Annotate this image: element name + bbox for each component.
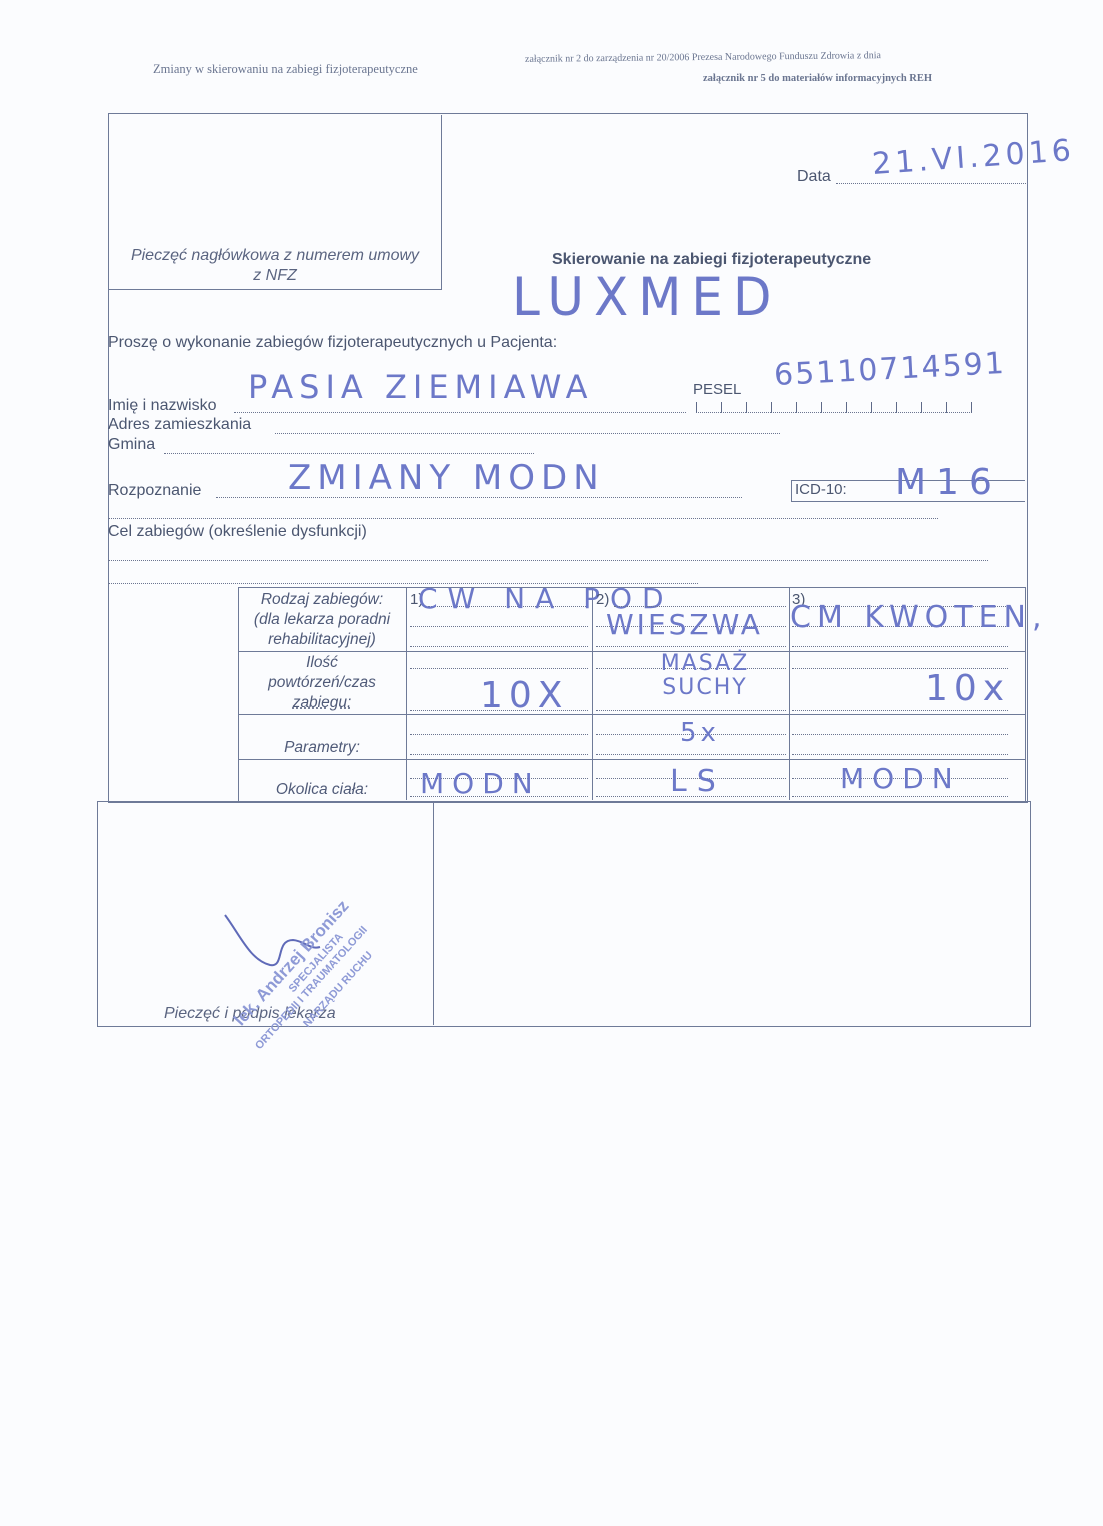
treatment-count-label-line: zabiegu: — [238, 693, 406, 713]
col3-count-field[interactable]: 10x — [925, 668, 1010, 709]
treatment-count-label-line: Ilość — [238, 653, 406, 673]
col2-type-field[interactable]: WIESZWA — [606, 608, 763, 641]
treatment-type-label-line: rehabilitacyjnej) — [238, 630, 406, 650]
col3-type-field[interactable]: CM KWOTEN, — [790, 600, 1048, 635]
treatment-area-label: Okolica ciała: — [238, 780, 406, 800]
address-field[interactable] — [275, 423, 780, 434]
icd-label: ICD-10: — [795, 481, 847, 498]
col2-count-field[interactable]: MASAŻ SUCHY — [640, 652, 770, 700]
col2-index: 2) — [596, 591, 609, 608]
col1-count-field[interactable]: 10X — [480, 675, 568, 716]
name-label: Imię i nazwisko — [108, 397, 216, 415]
col-divider-label — [406, 587, 407, 800]
diagnosis-dots-2 — [108, 510, 938, 519]
col1-params-dots — [410, 726, 588, 735]
gmina-field[interactable] — [164, 443, 534, 454]
icd-field[interactable]: M16 — [895, 462, 1002, 503]
col1-params-dots — [410, 746, 588, 755]
col1-area-field[interactable]: MODN — [420, 767, 541, 800]
signature-divider — [433, 801, 434, 1025]
treatment-params-label: Parametry: — [238, 738, 406, 758]
col3-type-dots — [792, 638, 1008, 647]
col2-area-field[interactable]: LS — [670, 764, 726, 799]
treatment-type-label-line: Rodzaj zabiegów: — [238, 590, 406, 610]
row-divider-2 — [238, 714, 1026, 715]
gmina-label: Gmina — [108, 436, 155, 454]
treatment-type-label: Rodzaj zabiegów: (dla lekarza poradni re… — [238, 590, 406, 650]
date-label: Data — [797, 168, 831, 186]
attachment-note: załącznik nr 2 do zarządzenia nr 20/2006… — [525, 50, 881, 65]
col2-count-dots — [596, 702, 786, 711]
col3-params-dots — [792, 746, 1008, 755]
diagnosis-label: Rozpoznanie — [108, 482, 201, 500]
col3-area-field[interactable]: MODN — [840, 762, 961, 795]
header-stamp-label: Pieczęć nagłówkowa z numerem umowy z NFZ — [130, 246, 420, 286]
facility-handwritten[interactable]: LUXMED — [512, 267, 781, 328]
patient-name-field[interactable]: PASIA ZIEMIAWA — [248, 368, 594, 406]
goal-field[interactable] — [108, 552, 988, 561]
request-text: Proszę o wykonanie zabiegów fizjoterapeu… — [108, 334, 568, 352]
attachment-note-reh: załącznik nr 5 do materiałów informacyjn… — [703, 73, 932, 84]
treatment-count-label-line: powtórzeń/czas — [238, 673, 406, 693]
col-divider-1 — [592, 587, 593, 800]
col1-type-dots — [410, 618, 588, 627]
address-label: Adres zamieszkania — [108, 416, 251, 434]
row-divider-1 — [238, 651, 1026, 652]
col2-params-field[interactable]: 5x — [680, 718, 720, 748]
pesel-label: PESEL — [693, 381, 741, 398]
treatment-count-label: Ilość powtórzeń/czas zabiegu: — [238, 653, 406, 713]
diagnosis-field[interactable]: ZMIANY MODN — [288, 458, 605, 498]
pesel-boxes — [696, 400, 972, 418]
goal-label: Cel zabiegów (określenie dysfunkcji) — [108, 523, 367, 541]
col1-type-dots — [410, 638, 588, 647]
row-divider-3 — [238, 759, 1026, 760]
col3-params-dots — [792, 726, 1008, 735]
col2-type-dots — [614, 598, 786, 607]
col1-count-dots — [410, 660, 588, 669]
treatment-type-label-line: (dla lekarza poradni — [238, 610, 406, 630]
page-caption: Zmiany w skierowaniu na zabiegi fizjoter… — [153, 62, 418, 77]
